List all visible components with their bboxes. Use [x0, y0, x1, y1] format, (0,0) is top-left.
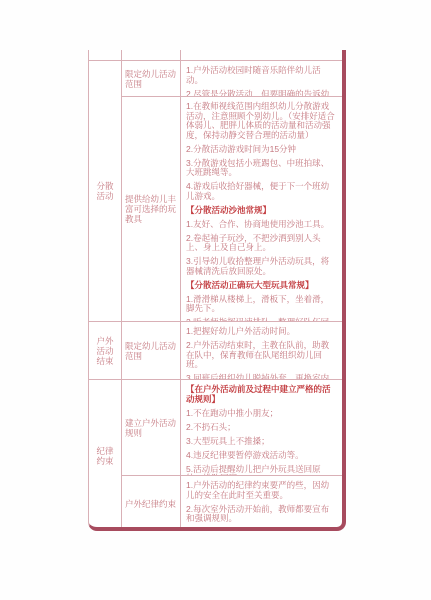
table-row: 户外纪律约束1.户外活动的纪律约束要严的些，因幼儿的安全在此时至关重要。2.每次… [122, 475, 342, 531]
content-item: 1.友好、合作、协商地使用沙池工具。 [186, 220, 337, 230]
subcategory-label: 建立户外活动规则 [125, 418, 177, 438]
subcategory-label: 提供给幼儿丰富可选择的玩教具 [125, 194, 177, 224]
rules-table: 分散活动限定幼儿活动范围1.户外活动校园时随音乐陪伴幼儿活动。2.尽管是分散活动… [88, 50, 346, 531]
table-section [89, 50, 342, 60]
content-item: 3.分散游戏包括小班踢包、中班拍球、大班跳绳等。 [186, 159, 337, 178]
content-item: 3.注意规则不宜过多，最多三条为宜。 [186, 528, 337, 531]
table-row: 建立户外活动规则【在户外活动前及过程中建立严格的活动规则】1.不在跑动中推小朋友… [122, 380, 342, 475]
category-cell [89, 50, 122, 60]
category-label: 分散活动 [96, 181, 115, 201]
content-item: 1.把握好幼儿户外活动时间。 [186, 327, 337, 337]
content-item: 2.听老师指挥迅速排队，整理好队伍回教室。 [186, 318, 337, 321]
content-item: 1.不在跑动中推小朋友； [186, 409, 337, 419]
category-cell: 户外活动结束 [89, 322, 122, 379]
subcategory-cell: 户外纪律约束 [122, 476, 181, 531]
content-cell [181, 50, 342, 60]
category-cell: 分散活动 [89, 61, 122, 321]
category-label: 户外活动结束 [96, 336, 115, 366]
content-item: 4.违反纪律要暂停游戏活动等。 [186, 451, 337, 461]
content-item: 5.活动后提醒幼儿把户外玩具送回原处，排队回班。 [186, 465, 337, 476]
table-section: 户外活动结束限定幼儿活动范围1.把握好幼儿户外活动时间。2.户外活动结束时，主教… [89, 321, 342, 379]
content-group-header: 【分散活动沙池常规】 [186, 206, 337, 216]
content-item: 1.户外活动校园时随音乐陪伴幼儿活动。 [186, 66, 337, 85]
content-group-header: 【分散活动正确玩大型玩具常规】 [186, 281, 337, 291]
subcategory-cell: 限定幼儿活动范围 [122, 61, 181, 96]
table-section: 纪律约束建立户外活动规则【在户外活动前及过程中建立严格的活动规则】1.不在跑动中… [89, 379, 342, 531]
content-item: 2.不扔石头； [186, 423, 337, 433]
content-item: 3.回班后组织幼儿脱掉外套，更换室内鞋后如厕。 [186, 374, 337, 379]
content-item: 2.卷起袖子玩沙，不把沙洒到别人头上、身上及自己身上。 [186, 234, 337, 253]
content-item: 3.引导幼儿收拾整理户外活动玩具，将器械清洗后放回原处。 [186, 257, 337, 276]
category-cell: 纪律约束 [89, 380, 122, 531]
content-cell: 1.把握好幼儿户外活动时间。2.户外活动结束时，主教在队前，助教在队中，保育教师… [181, 322, 342, 379]
table-row: 提供给幼儿丰富可选择的玩教具1.在教师视线范围内组织幼儿分散游戏活动，注意照顾个… [122, 96, 342, 321]
content-item: 2.户外活动结束时，主教在队前，助教在队中，保育教师在队尾组织幼儿回班。 [186, 341, 337, 370]
table-row: 限定幼儿活动范围1.把握好幼儿户外活动时间。2.户外活动结束时，主教在队前，助教… [122, 322, 342, 379]
content-cell: 1.户外活动的纪律约束要严的些，因幼儿的安全在此时至关重要。2.每次室外活动开始… [181, 476, 342, 531]
table-row: 限定幼儿活动范围1.户外活动校园时随音乐陪伴幼儿活动。2.尽管是分散活动，但要明… [122, 61, 342, 96]
content-item: 3.大型玩具上不推搡； [186, 437, 337, 447]
subcategory-label: 限定幼儿活动范围 [125, 69, 177, 89]
document-page: 分散活动限定幼儿活动范围1.户外活动校园时随音乐陪伴幼儿活动。2.尽管是分散活动… [0, 0, 431, 600]
content-item: 2.每次室外活动开始前，教师都要宣布和强调规则。 [186, 505, 337, 524]
content-cell: 1.户外活动校园时随音乐陪伴幼儿活动。2.尽管是分散活动，但要明确的告诉幼儿活动… [181, 61, 342, 96]
subcategory-cell: 建立户外活动规则 [122, 380, 181, 475]
table-section: 分散活动限定幼儿活动范围1.户外活动校园时随音乐陪伴幼儿活动。2.尽管是分散活动… [89, 60, 342, 321]
subcategory-cell: 提供给幼儿丰富可选择的玩教具 [122, 97, 181, 321]
content-item: 1.在教师视线范围内组织幼儿分散游戏活动，注意照顾个别幼儿。（安排好适合体弱儿、… [186, 102, 337, 140]
content-cell: 【在户外活动前及过程中建立严格的活动规则】1.不在跑动中推小朋友；2.不扔石头；… [181, 380, 342, 475]
content-item: 1.滑滑梯从楼梯上，滑板下，坐着滑，脚先下。 [186, 295, 337, 314]
category-label: 纪律约束 [96, 446, 115, 466]
content-group-header: 【在户外活动前及过程中建立严格的活动规则】 [186, 385, 337, 404]
subcategory-label: 户外纪律约束 [125, 499, 176, 509]
content-item: 4.游戏后收拾好器械，便于下一个班幼儿游戏。 [186, 182, 337, 201]
content-item: 1.户外活动的纪律约束要严的些，因幼儿的安全在此时至关重要。 [186, 481, 337, 500]
subcategory-cell [122, 50, 181, 60]
subcategory-label: 限定幼儿活动范围 [125, 341, 177, 361]
content-cell: 1.在教师视线范围内组织幼儿分散游戏活动，注意照顾个别幼儿。（安排好适合体弱儿、… [181, 97, 342, 321]
table-row [122, 50, 342, 60]
subcategory-cell: 限定幼儿活动范围 [122, 322, 181, 379]
content-item: 2.分散活动游戏时间为15分钟 [186, 145, 337, 155]
